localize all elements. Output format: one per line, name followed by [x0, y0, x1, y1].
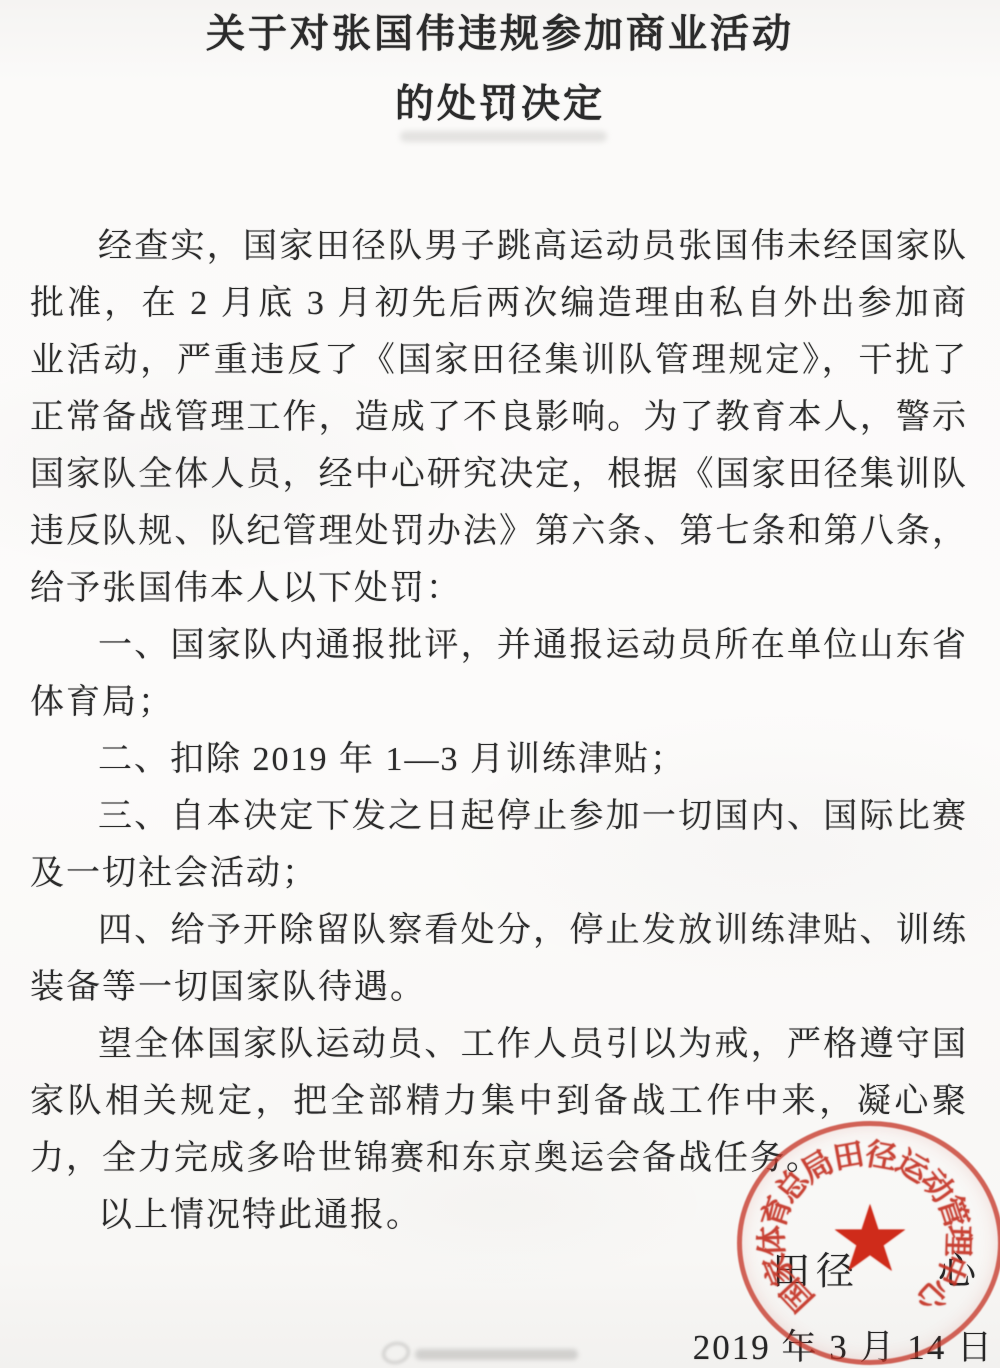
- opening-paragraph: 经查实，国家田径队男子跳高运动员张国伟未经国家队批准，在 2 月底 3 月初先后…: [30, 218, 968, 617]
- title-line-1: 关于对张国伟违规参加商业活动: [0, 0, 1000, 70]
- document-title: 关于对张国伟违规参加商业活动 的处罚决定: [0, 0, 1000, 140]
- scanned-document-page: 关于对张国伟违规参加商业活动 的处罚决定 经查实，国家田径队男子跳高运动员张国伟…: [0, 0, 1000, 1368]
- title-line-2: 的处罚决定: [0, 70, 1000, 140]
- penalty-item-2: 二、扣除 2019 年 1—3 月训练津贴；: [30, 731, 968, 788]
- official-seal: 国家体育总局田径运动管理中心 ★: [737, 1121, 1000, 1365]
- penalty-item-4: 四、给予开除留队察看处分，停止发放训练津贴、训练装备等一切国家队待遇。: [30, 902, 968, 1016]
- watermark-mark: [380, 1339, 412, 1366]
- faded-watermark: [382, 1340, 582, 1368]
- penalty-item-1: 一、国家队内通报批评，并通报运动员所在单位山东省体育局；: [30, 617, 968, 731]
- document-body: 经查实，国家田径队男子跳高运动员张国伟未经国家队批准，在 2 月底 3 月初先后…: [30, 218, 968, 1244]
- red-star-icon: ★: [829, 1193, 911, 1285]
- watermark-bar: [415, 1349, 578, 1360]
- scan-artifact: [400, 131, 607, 142]
- penalty-item-3: 三、自本决定下发之日起停止参加一切国内、国际比赛及一切社会活动；: [30, 788, 968, 902]
